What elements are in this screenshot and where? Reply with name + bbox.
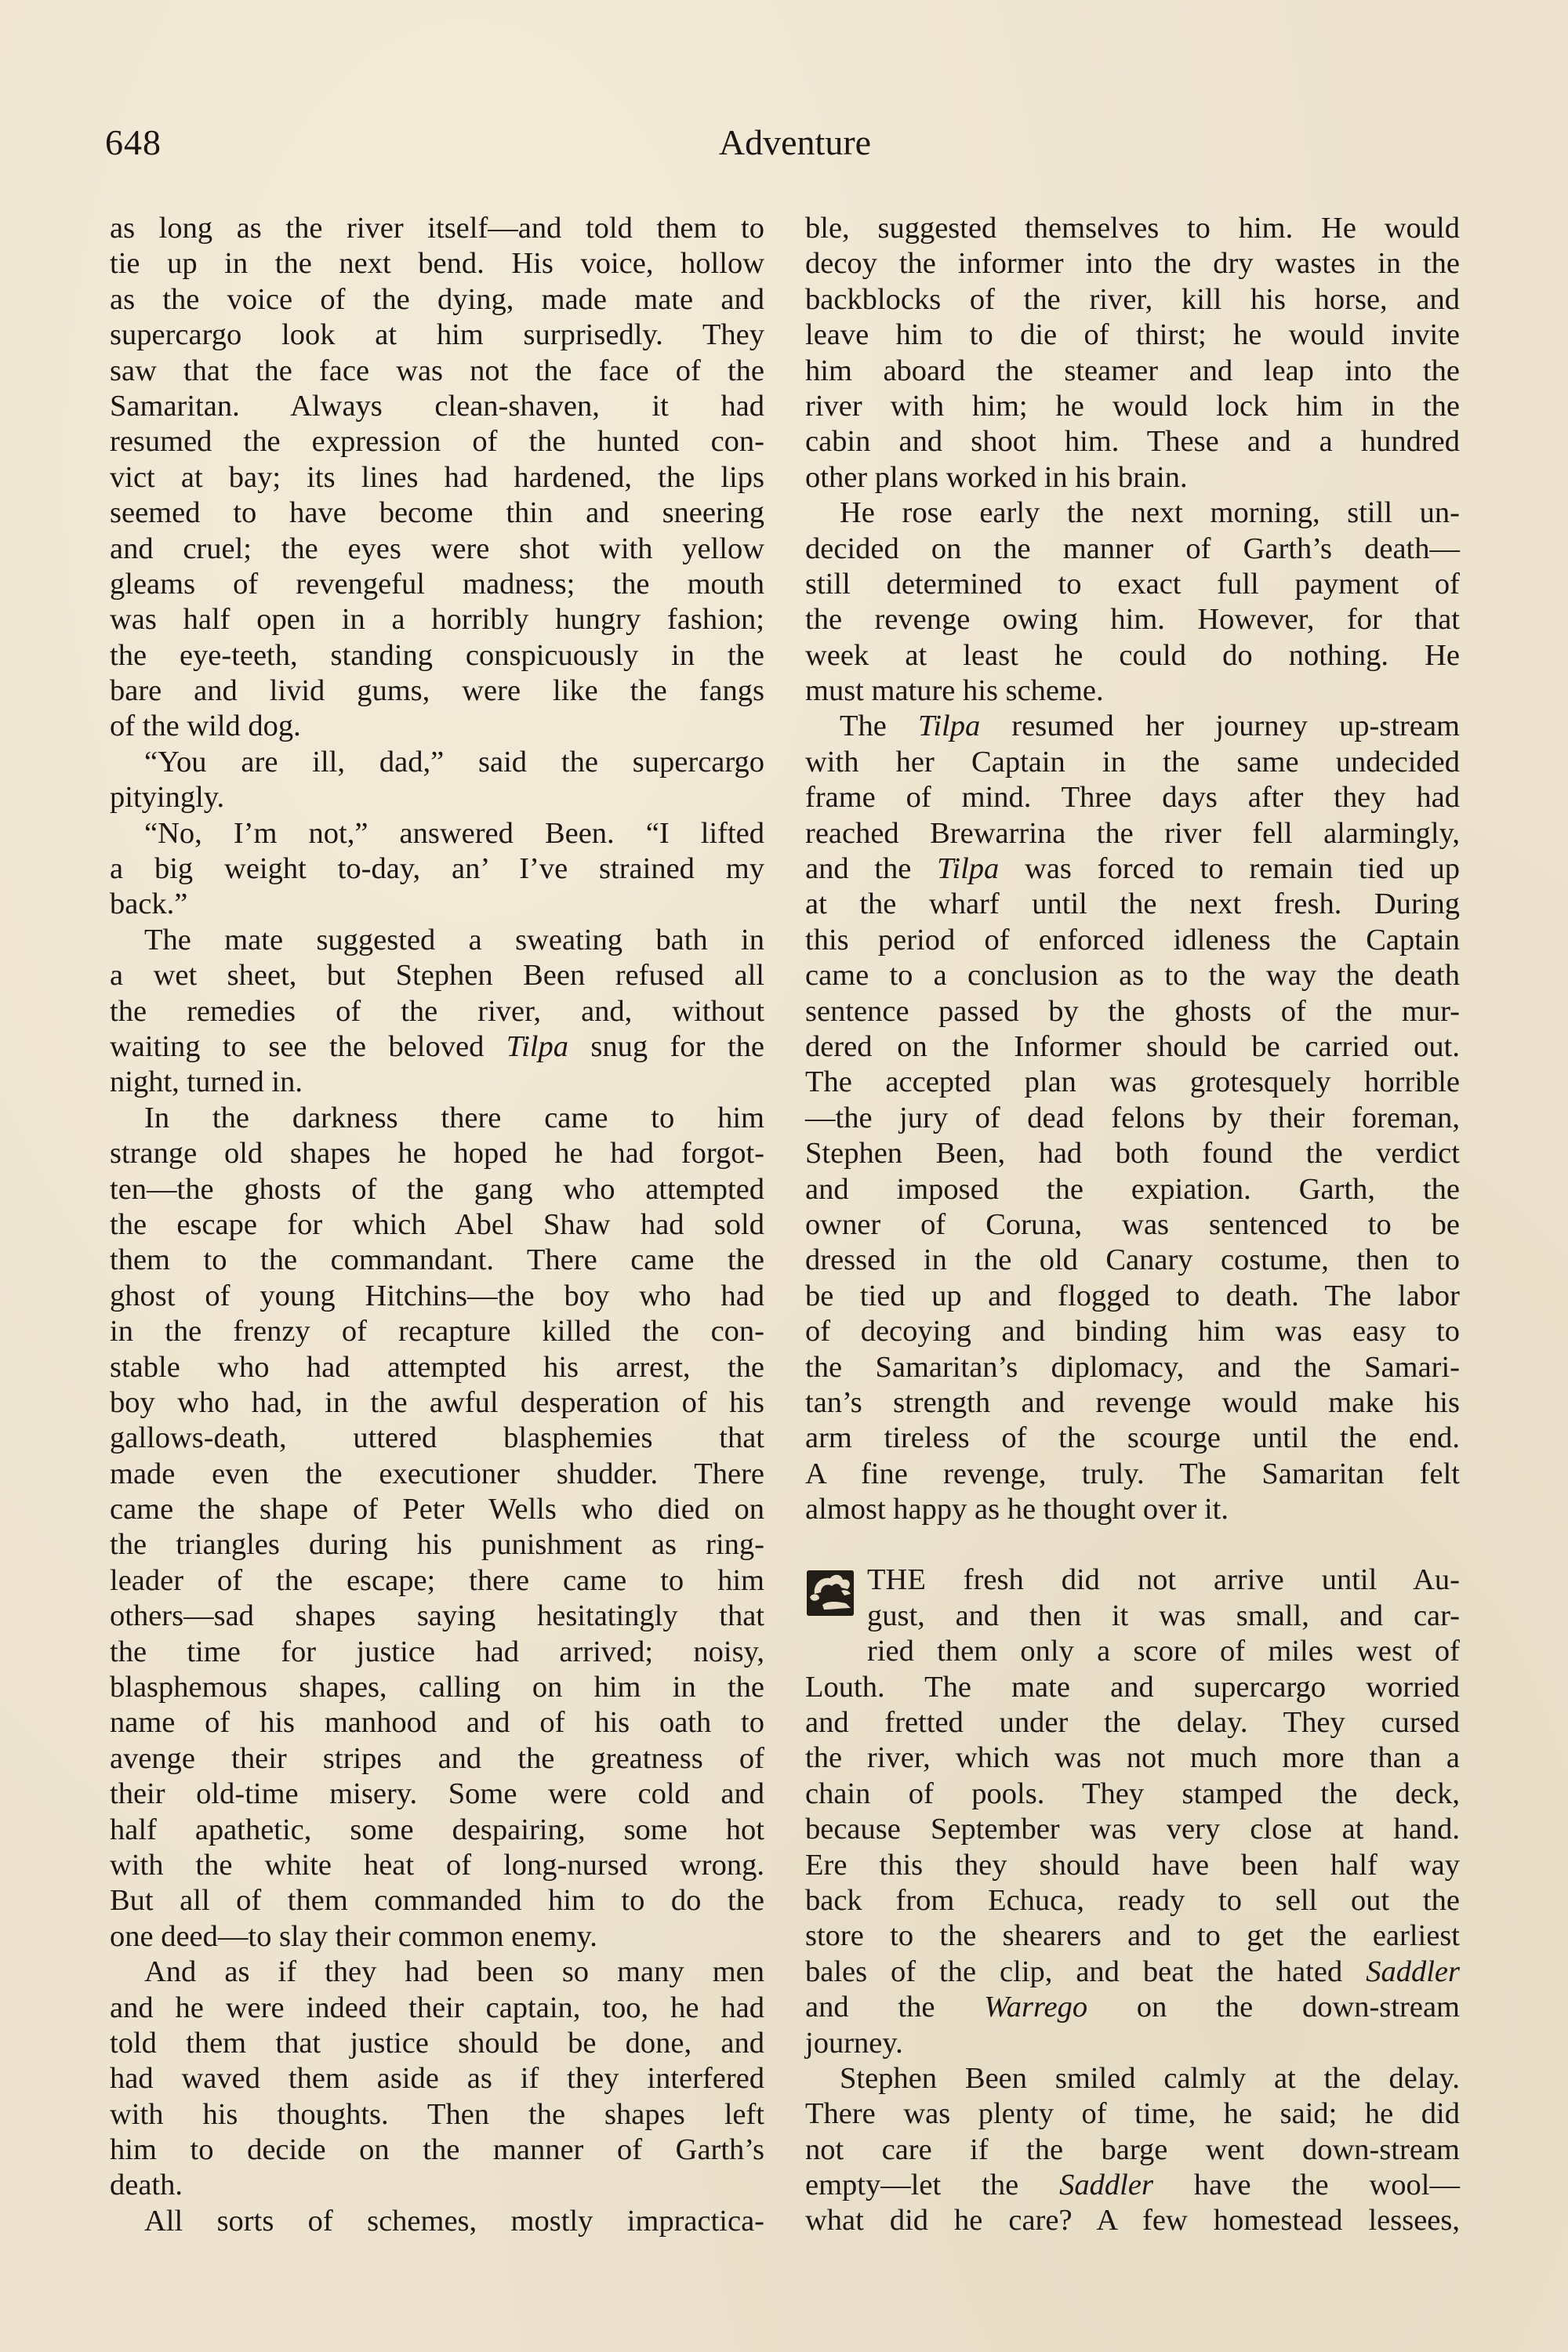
text-line: as the voice of the dying, made mate and [110,282,764,318]
text-line: and he were indeed their captain, too, h… [110,1991,764,2026]
text-line: other plans worked in his brain. [805,460,1460,495]
text-line: Stephen Been, had both found the verdict [805,1136,1460,1171]
section-break [805,1527,1460,1563]
text-line: him aboard the steamer and leap into the [805,354,1460,389]
text-line: gleams of revengeful madness; the mouth [110,567,764,602]
text-line: was half open in a horribly hungry fashi… [110,602,764,637]
text-line: backblocks of the river, kill his horse,… [805,282,1460,318]
text-line: came to a conclusion as to the way the d… [805,958,1460,993]
text-line: ghost of young Hitchins—the boy who had [110,1279,764,1314]
text-line: Louth. The mate and supercargo worried [805,1670,1460,1705]
text-line: A fine revenge, truly. The Samaritan fel… [805,1457,1460,1492]
text-line: Stephen Been smiled calmly at the delay. [805,2061,1460,2096]
ship-name-italic: Saddler [1366,1955,1460,1988]
text-line: in the frenzy of recapture killed the co… [110,1314,764,1349]
ship-name-italic: Tilpa [937,852,999,885]
text-line: All sorts of schemes, mostly impractica- [110,2204,764,2239]
text-line: cabin and shoot him. These and a hundred [805,424,1460,459]
text-line: Samaritan. Always clean-shaven, it had [110,389,764,424]
text-line: vict at bay; its lines had hardened, the… [110,460,764,495]
text-line: came the shape of Peter Wells who died o… [110,1492,764,1527]
ship-name-italic: Tilpa [918,710,980,742]
text-line: store to the shearers and to get the ear… [805,1918,1460,1954]
text-line: bare and livid gums, were like the fangs [110,673,764,709]
text-line: at the wharf until the next fresh. Durin… [805,887,1460,922]
text-line: of decoying and binding him was easy to [805,1314,1460,1349]
text-line: back from Echuca, ready to sell out the [805,1883,1460,1918]
text-line: not care if the barge went down-stream [805,2132,1460,2168]
text-line: leader of the escape; there came to him [110,1563,764,1599]
text-line: —the jury of dead felons by their forema… [805,1101,1460,1136]
text-line: frame of mind. Three days after they had [805,780,1460,815]
text-line: There was plenty of time, he said; he di… [805,2096,1460,2132]
text-line: “You are ill, dad,” said the supercargo [110,745,764,780]
ship-name-italic: Tilpa [506,1030,568,1063]
text-line-with-italic: and the Tilpa was forced to remain tied … [805,851,1460,887]
text-line: chain of pools. They stamped the deck, [805,1777,1460,1812]
text-line: sentence passed by the ghosts of the mur… [805,994,1460,1029]
text-line: The mate suggested a sweating bath in [110,923,764,958]
text-line: one deed—to slay their common enemy. [110,1919,764,1955]
text-line: gallows-death, uttered blasphemies that [110,1421,764,1456]
text-line: tan’s strength and revenge would make hi… [805,1385,1460,1421]
text-line: And as if they had been so many men [110,1955,764,1990]
section-two: THE fresh did not arrive until Au- gust,… [805,1563,1460,2238]
decorative-woodcut-initial-icon [807,1570,854,1616]
right-column: ble, suggested themselves to him. He wou… [805,211,1460,2239]
text-line: “No, I’m not,” answered Been. “I lifted [110,816,764,851]
text-line: the revenge owing him. However, for that [805,602,1460,637]
text-line: night, turned in. [110,1065,764,1100]
text-line: the remedies of the river, and, without [110,994,764,1029]
text-line: But all of them commanded him to do the [110,1883,764,1918]
text-line: decoy the informer into the dry wastes i… [805,246,1460,281]
text-line-with-italic: The Tilpa resumed her journey up-stream [805,709,1460,744]
text-line: and cruel; the eyes were shot with yello… [110,532,764,567]
ship-name-italic: Saddler [1059,2169,1153,2201]
text-line: resumed the expression of the hunted con… [110,424,764,459]
text-line: name of his manhood and of his oath to [110,1705,764,1740]
text-line: strange old shapes he hoped he had forgo… [110,1136,764,1171]
running-head: 648 Adventure [105,119,1461,166]
magazine-page: 648 Adventure as long as the river itsel… [0,0,1568,2352]
text-line: river with him; he would lock him in the [805,389,1460,424]
text-line: a wet sheet, but Stephen Been refused al… [110,958,764,993]
text-line: others—sad shapes saying hesitatingly th… [110,1599,764,1634]
text-line: because September was very close at hand… [805,1812,1460,1847]
text-line: ble, suggested themselves to him. He wou… [805,211,1460,246]
text-line: He rose early the next morning, still un… [805,495,1460,531]
text-line: back.” [110,887,764,922]
text-line: dered on the Informer should be carried … [805,1029,1460,1065]
text-line: In the darkness there came to him [110,1101,764,1136]
text-line: supercargo look at him surprisedly. They [110,318,764,353]
text-line: still determined to exact full payment o… [805,567,1460,602]
text-line: pityingly. [110,780,764,815]
text-line: told them that justice should be done, a… [110,2026,764,2061]
text-line: stable who had attempted his arrest, the [110,1350,764,1385]
text-line: him to decide on the manner of Garth’s [110,2132,764,2168]
text-line: what did he care? A few homestead lessee… [805,2203,1460,2238]
text-line: their old-time misery. Some were cold an… [110,1777,764,1812]
text-line: and fretted under the delay. They cursed [805,1705,1460,1740]
text-line: with his thoughts. Then the shapes left [110,2097,764,2132]
text-line: the escape for which Abel Shaw had sold [110,1207,764,1243]
text-line: be tied up and flogged to death. The lab… [805,1279,1460,1314]
text-line: the triangles during his punishment as r… [110,1527,764,1563]
text-line: half apathetic, some despairing, some ho… [110,1813,764,1848]
text-line: the Samaritan’s diplomacy, and the Samar… [805,1350,1460,1385]
text-line: blasphemous shapes, calling on him in th… [110,1670,764,1705]
text-line: the eye-teeth, standing conspicuously in… [110,638,764,673]
text-line: boy who had, in the awful desperation of… [110,1385,764,1421]
text-line-with-italic: empty—let the Saddler have the wool— [805,2168,1460,2203]
text-line-with-italic: waiting to see the beloved Tilpa snug fo… [110,1029,764,1065]
text-line-with-italic: bales of the clip, and beat the hated Sa… [805,1955,1460,1990]
text-line: must mature his scheme. [805,673,1460,709]
text-line: almost happy as he thought over it. [805,1492,1460,1527]
text-line: decided on the manner of Garth’s death— [805,532,1460,567]
text-line: owner of Coruna, was sentenced to be [805,1207,1460,1243]
text-line-with-italic: and the Warrego on the down-stream [805,1990,1460,2025]
text-line: saw that the face was not the face of th… [110,354,764,389]
text-line: THE fresh did not arrive until Au- [805,1563,1460,1598]
ship-name-italic: Warrego [984,1991,1087,2024]
text-line: of the wild dog. [110,709,764,744]
text-line: The accepted plan was grotesquely horrib… [805,1065,1460,1100]
text-line: ten—the ghosts of the gang who attempted [110,1172,764,1207]
text-line: as long as the river itself—and told the… [110,211,764,246]
text-line: the time for justice had arrived; noisy, [110,1635,764,1670]
text-line: death. [110,2168,764,2203]
text-line: arm tireless of the scourge until the en… [805,1421,1460,1456]
text-line: tie up in the next bend. His voice, holl… [110,246,764,281]
text-line: ried them only a score of miles west of [805,1634,1460,1669]
text-line: avenge their stripes and the greatness o… [110,1741,764,1777]
text-line: journey. [805,2026,1460,2061]
text-line: this period of enforced idleness the Cap… [805,923,1460,958]
text-line: dressed in the old Canary costume, then … [805,1243,1460,1278]
text-line: reached Brewarrina the river fell alarmi… [805,816,1460,851]
text-line: them to the commandant. There came the [110,1243,764,1278]
text-line: had waved them aside as if they interfer… [110,2061,764,2096]
text-line: with the white heat of long-nursed wrong… [110,1848,764,1883]
text-line: a big weight to-day, an’ I’ve strained m… [110,851,764,887]
text-line: the river, which was not much more than … [805,1740,1460,1776]
text-line: seemed to have become thin and sneering [110,495,764,531]
text-line: and imposed the expiation. Garth, the [805,1172,1460,1207]
text-line: made even the executioner shudder. There [110,1457,764,1492]
text-line: gust, and then it was small, and car- [805,1599,1460,1634]
text-line: Ere this they should have been half way [805,1848,1460,1883]
magazine-title: Adventure [105,119,1461,166]
text-line: week at least he could do nothing. He [805,638,1460,673]
left-column: as long as the river itself—and told the… [110,211,764,2239]
text-line: with her Captain in the same undecided [805,745,1460,780]
text-line: leave him to die of thirst; he would inv… [805,318,1460,353]
